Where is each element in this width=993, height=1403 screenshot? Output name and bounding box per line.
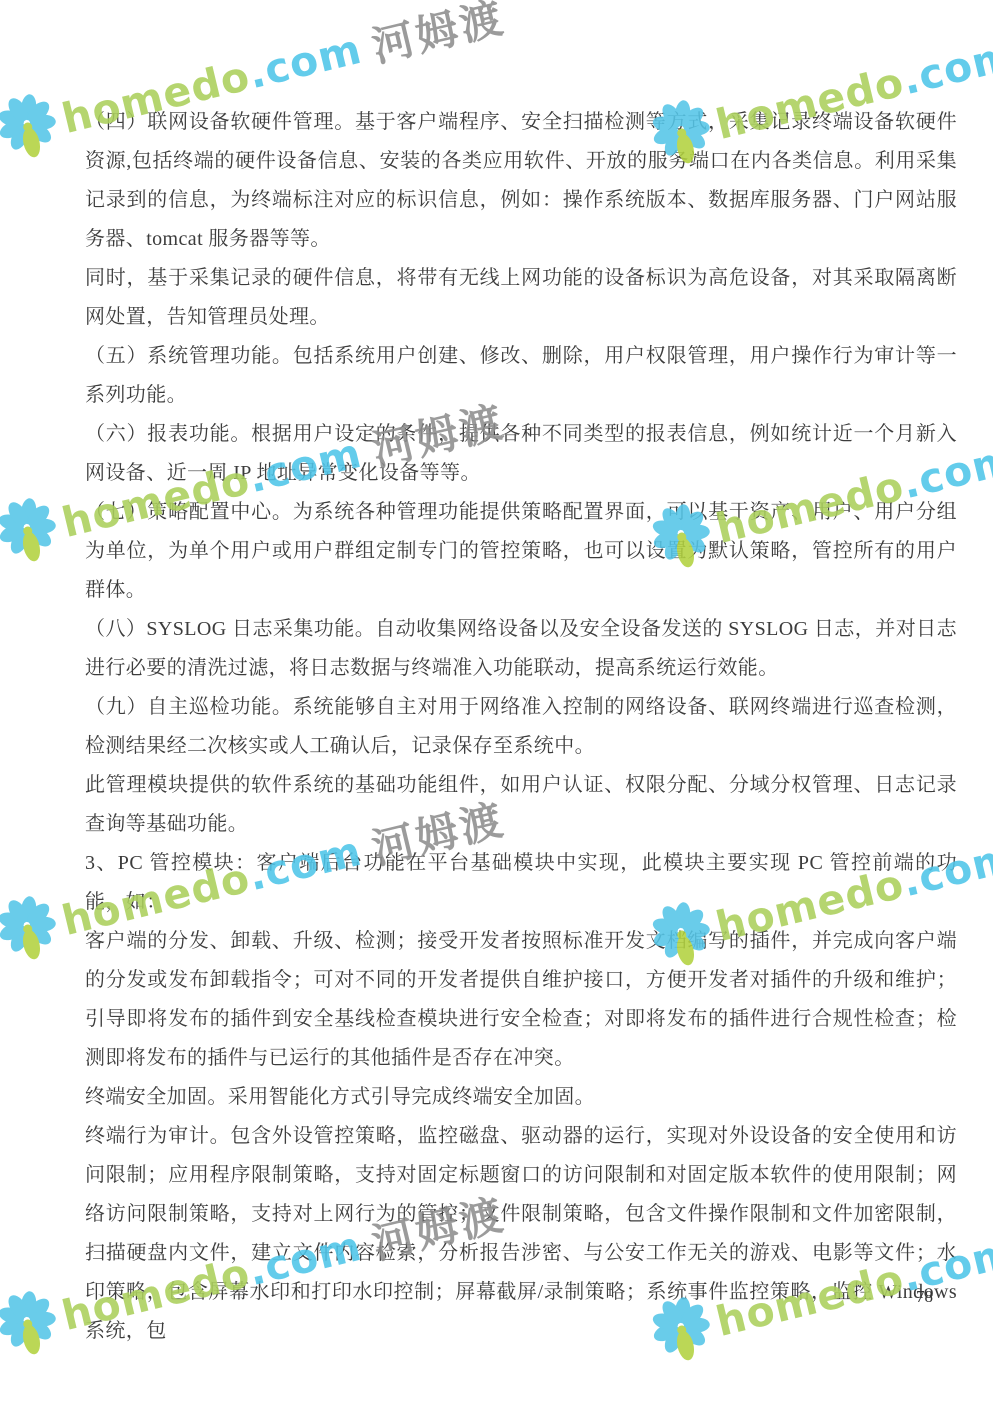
- paragraph: （九）自主巡检功能。系统能够自主对用于网络准入控制的网络设备、联网终端进行巡查检…: [85, 688, 957, 766]
- homedo-flower-icon: [0, 492, 67, 571]
- page-number: 78: [916, 1287, 933, 1307]
- document-body: （四）联网设备软硬件管理。基于客户端程序、安全扫描检测等方式，采集记录终端设备软…: [85, 103, 957, 1351]
- paragraph: 终端安全加固。采用智能化方式引导完成终端安全加固。: [85, 1078, 957, 1117]
- paragraph: （八）SYSLOG 日志采集功能。自动收集网络设备以及安全设备发送的 SYSLO…: [85, 610, 957, 688]
- homedo-flower-icon: [0, 890, 67, 969]
- homedo-flower-icon: [0, 1285, 67, 1364]
- paragraph: 终端行为审计。包含外设管控策略，监控磁盘、驱动器的运行，实现对外设设备的安全使用…: [85, 1117, 957, 1351]
- watermark-brand-latin-blue: .com: [898, 31, 993, 104]
- watermark-brand-latin-blue: .com: [244, 25, 367, 98]
- paragraph: （六）报表功能。根据用户设定的条件，提供各种不同类型的报表信息，例如统计近一个月…: [85, 415, 957, 493]
- paragraph: 3、PC 管控模块：客户端后台功能在平台基础模块中实现，此模块主要实现 PC 管…: [85, 844, 957, 922]
- paragraph: （四）联网设备软硬件管理。基于客户端程序、安全扫描检测等方式，采集记录终端设备软…: [85, 103, 957, 259]
- homedo-flower-icon: [0, 88, 67, 167]
- paragraph: 此管理模块提供的软件系统的基础功能组件，如用户认证、权限分配、分域分权管理、日志…: [85, 766, 957, 844]
- paragraph: 客户端的分发、卸载、升级、检测；接受开发者按照标准开发文档编写的插件，并完成向客…: [85, 922, 957, 1078]
- paragraph: （五）系统管理功能。包括系统用户创建、修改、删除，用户权限管理，用户操作行为审计…: [85, 337, 957, 415]
- homedo-flower-icon: [0, 492, 67, 571]
- document-page: （四）联网设备软硬件管理。基于客户端程序、安全扫描检测等方式，采集记录终端设备软…: [0, 0, 993, 1403]
- homedo-flower-icon: [0, 890, 67, 969]
- paragraph: 同时，基于采集记录的硬件信息，将带有无线上网功能的设备标识为高危设备，对其采取隔…: [85, 259, 957, 337]
- paragraph: （七）策略配置中心。为系统各种管理功能提供策略配置界面，可以基于资产、用户、用户…: [85, 493, 957, 610]
- homedo-flower-icon: [0, 88, 67, 167]
- homedo-flower-icon: [0, 1285, 67, 1364]
- watermark-brand-cn: 河姆渡: [365, 0, 510, 74]
